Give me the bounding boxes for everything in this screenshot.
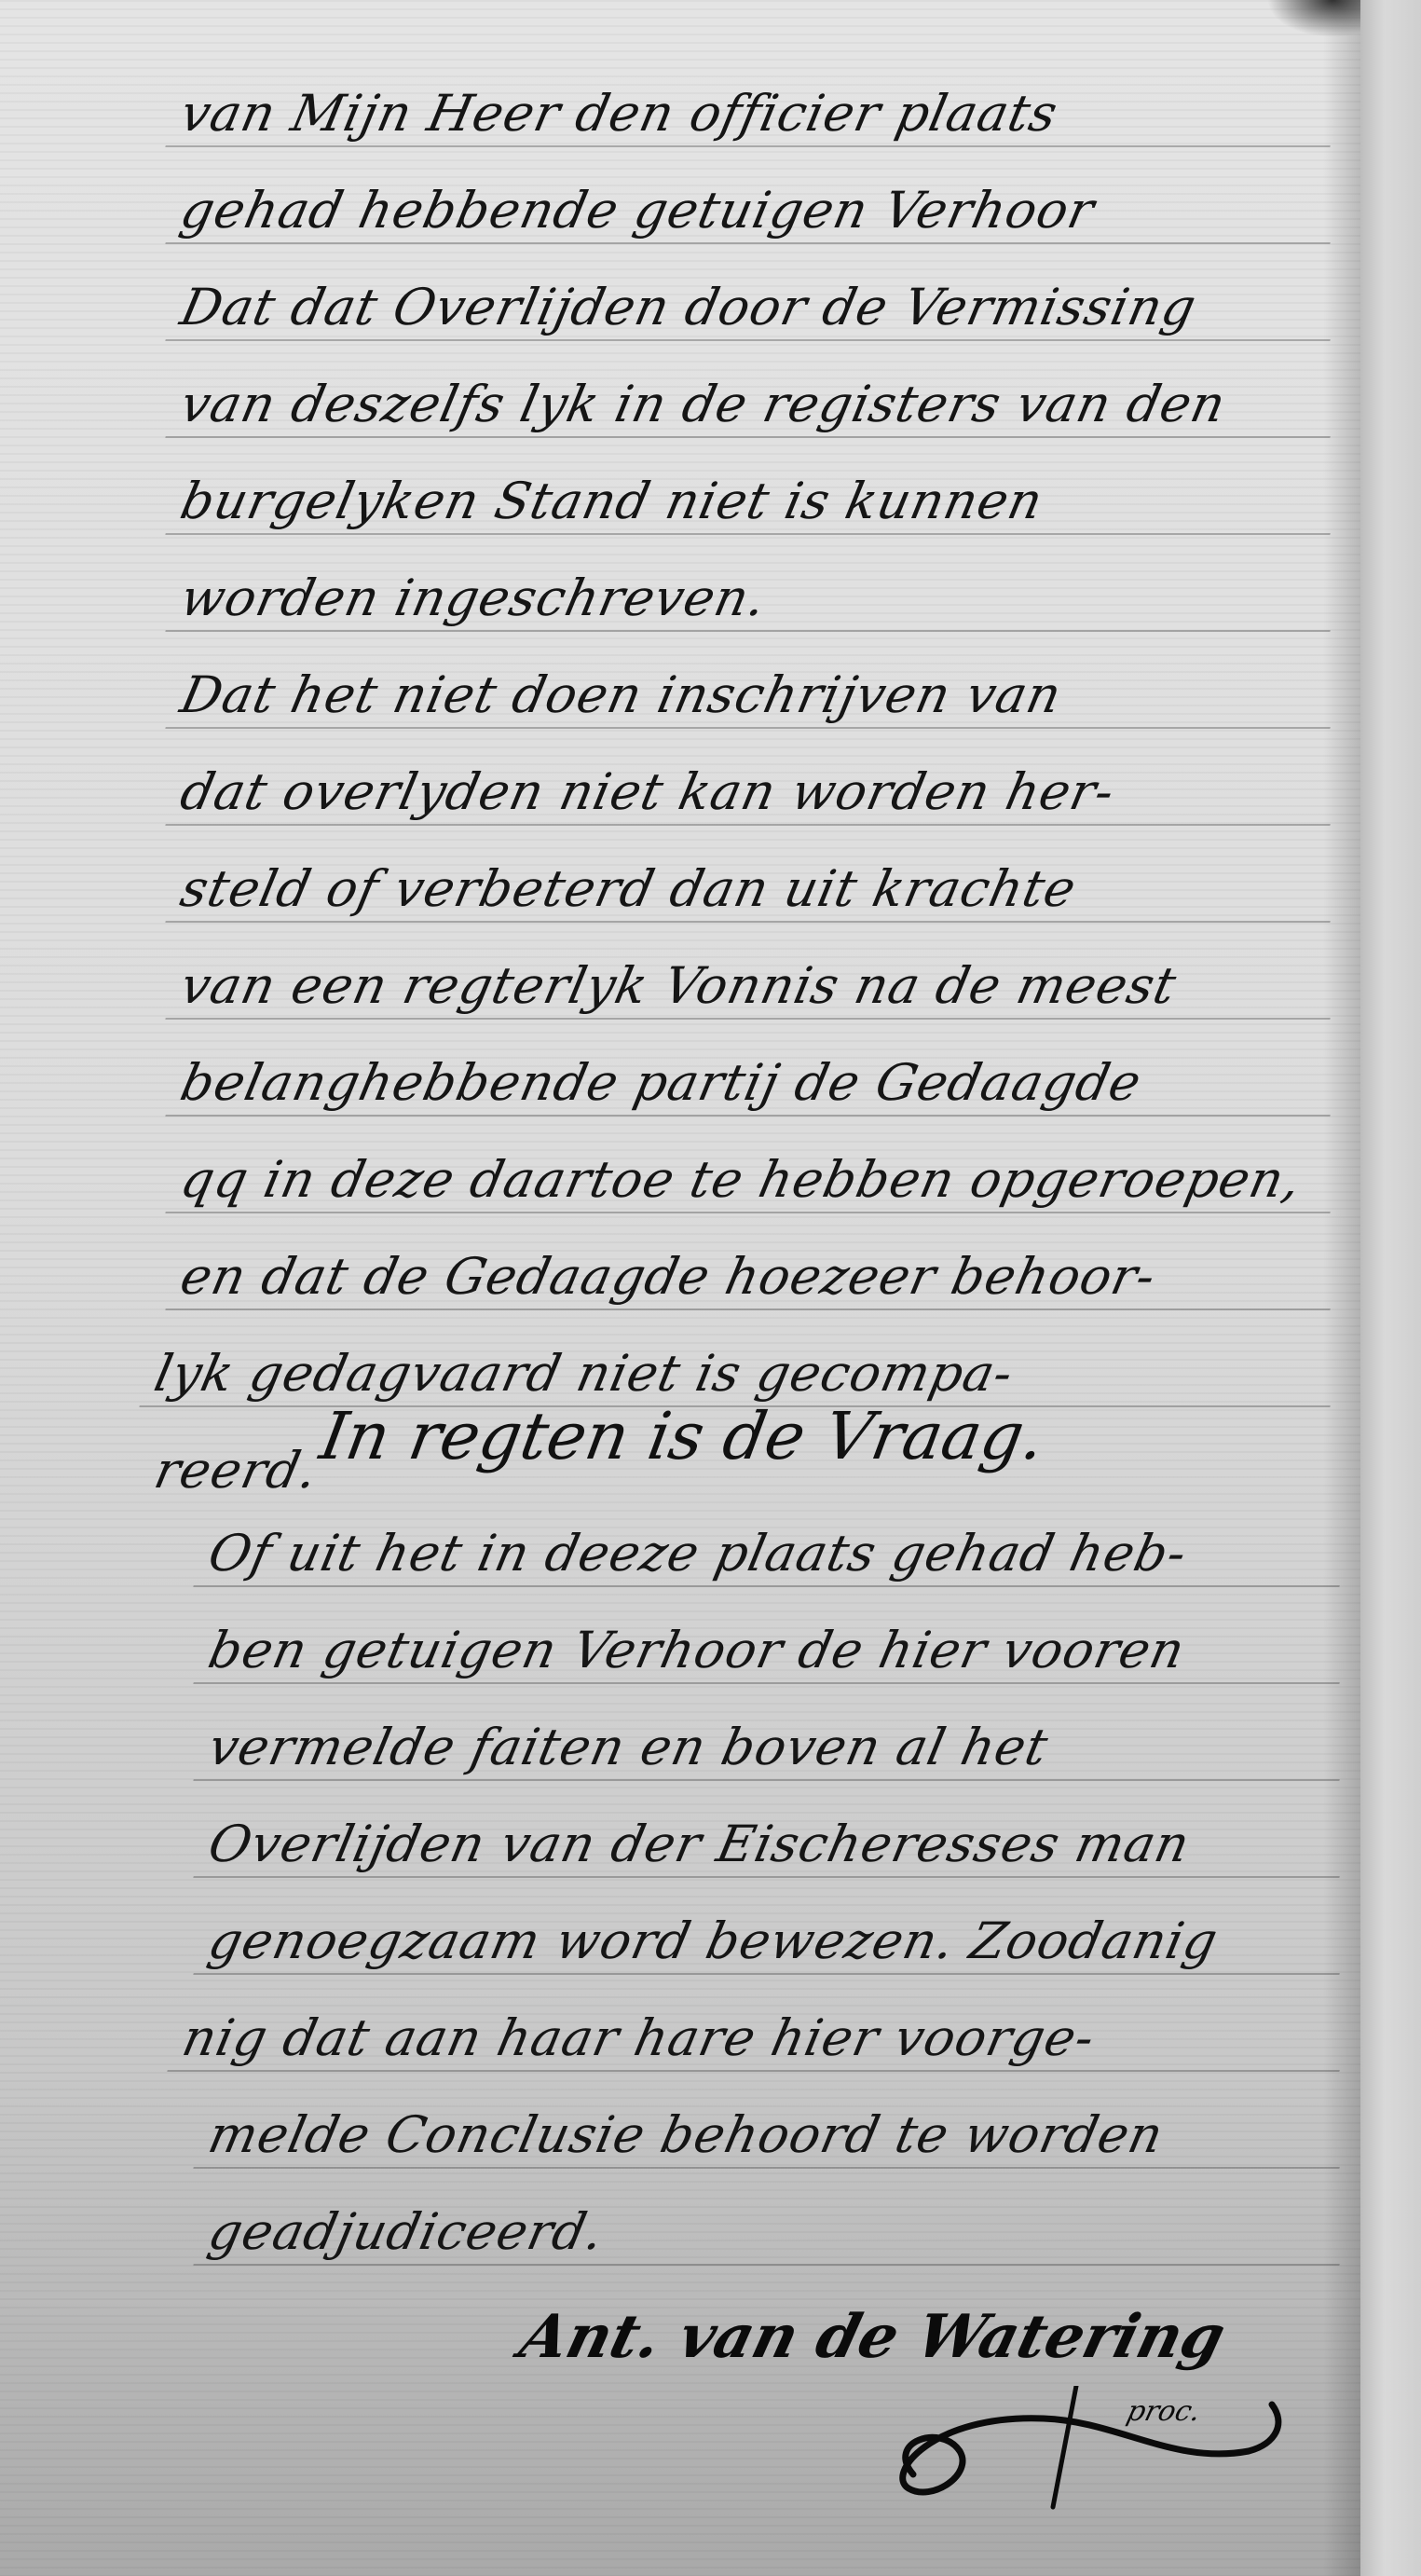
text-line: steld of verbeterd dan uit krachte [171, 841, 1375, 938]
ruled-line [165, 1115, 1330, 1117]
page-corner-shadow [1267, 0, 1360, 37]
text-line: melde Conclusie behoord te worden [199, 2087, 1385, 2184]
paragraph-block-question: Of uit het in deeze plaats gehad heb- be… [210, 1505, 1374, 2281]
ruled-line [165, 824, 1330, 826]
text-line: nig dat aan haar hare hier voorge- [173, 1990, 1385, 2087]
text-line: Dat dat Overlijden door de Vermissing [171, 259, 1375, 356]
text-line: belanghebbende partij de Gedaagde [171, 1035, 1375, 1131]
ruled-line [165, 339, 1330, 341]
ruled-line [193, 1682, 1339, 1684]
ruled-line [165, 533, 1330, 535]
section-heading: In regten is de Vraag. [315, 1398, 1260, 1474]
text-line: worden ingeschreven. [171, 550, 1375, 647]
text-line: van deszelfs lyk in de registers van den [171, 356, 1375, 453]
text-line: genoegzaam word bewezen. Zoodanig [199, 1893, 1385, 1990]
text-line: gehad hebbende getuigen Verhoor [171, 162, 1375, 259]
ruled-line [193, 1973, 1339, 1975]
text-line: van Mijn Heer den officier plaats [171, 65, 1375, 162]
ruled-line [165, 436, 1330, 438]
text-line: dat overlyden niet kan worden her- [171, 744, 1375, 841]
text-line: en dat de Gedaagde hoezeer behoor- [171, 1228, 1375, 1325]
text-line: burgelyken Stand niet is kunnen [171, 453, 1375, 550]
signature-flourish-icon [876, 2386, 1305, 2526]
ruled-line [165, 727, 1330, 729]
ruled-line [193, 1876, 1339, 1878]
text-line: ben getuigen Verhoor de hier vooren [199, 1602, 1385, 1699]
text-line: geadjudiceerd. [199, 2184, 1385, 2281]
ruled-line [165, 1018, 1330, 1020]
text-line: van een regterlyk Vonnis na de meest [171, 938, 1375, 1035]
text-line: Overlijden van der Eischeresses man [199, 1796, 1385, 1893]
ruled-line [193, 1779, 1339, 1781]
ruled-line [165, 1212, 1330, 1213]
text-line: vermelde faiten en boven al het [199, 1699, 1385, 1796]
ruled-line [167, 2070, 1339, 2072]
binding-edge [1360, 0, 1421, 2576]
text-line: Dat het niet doen inschrijven van [171, 647, 1375, 744]
ruled-line [165, 1309, 1330, 1310]
ruled-line [193, 1585, 1339, 1587]
manuscript-page: van Mijn Heer den officier plaats gehad … [0, 0, 1360, 2576]
ruled-line [165, 630, 1330, 632]
ruled-line [165, 145, 1330, 147]
ruled-line [193, 2167, 1339, 2169]
ruled-line [165, 242, 1330, 244]
ruled-line [165, 921, 1330, 923]
text-line: qq in deze daartoe te hebben opgeroepen, [171, 1131, 1375, 1228]
signature: Ant. van de Watering [513, 2302, 1233, 2372]
ruled-line [193, 2264, 1339, 2266]
text-line: Of uit het in deeze plaats gehad heb- [199, 1505, 1385, 1602]
paragraph-block-statements: van Mijn Heer den officier plaats gehad … [182, 65, 1365, 1519]
